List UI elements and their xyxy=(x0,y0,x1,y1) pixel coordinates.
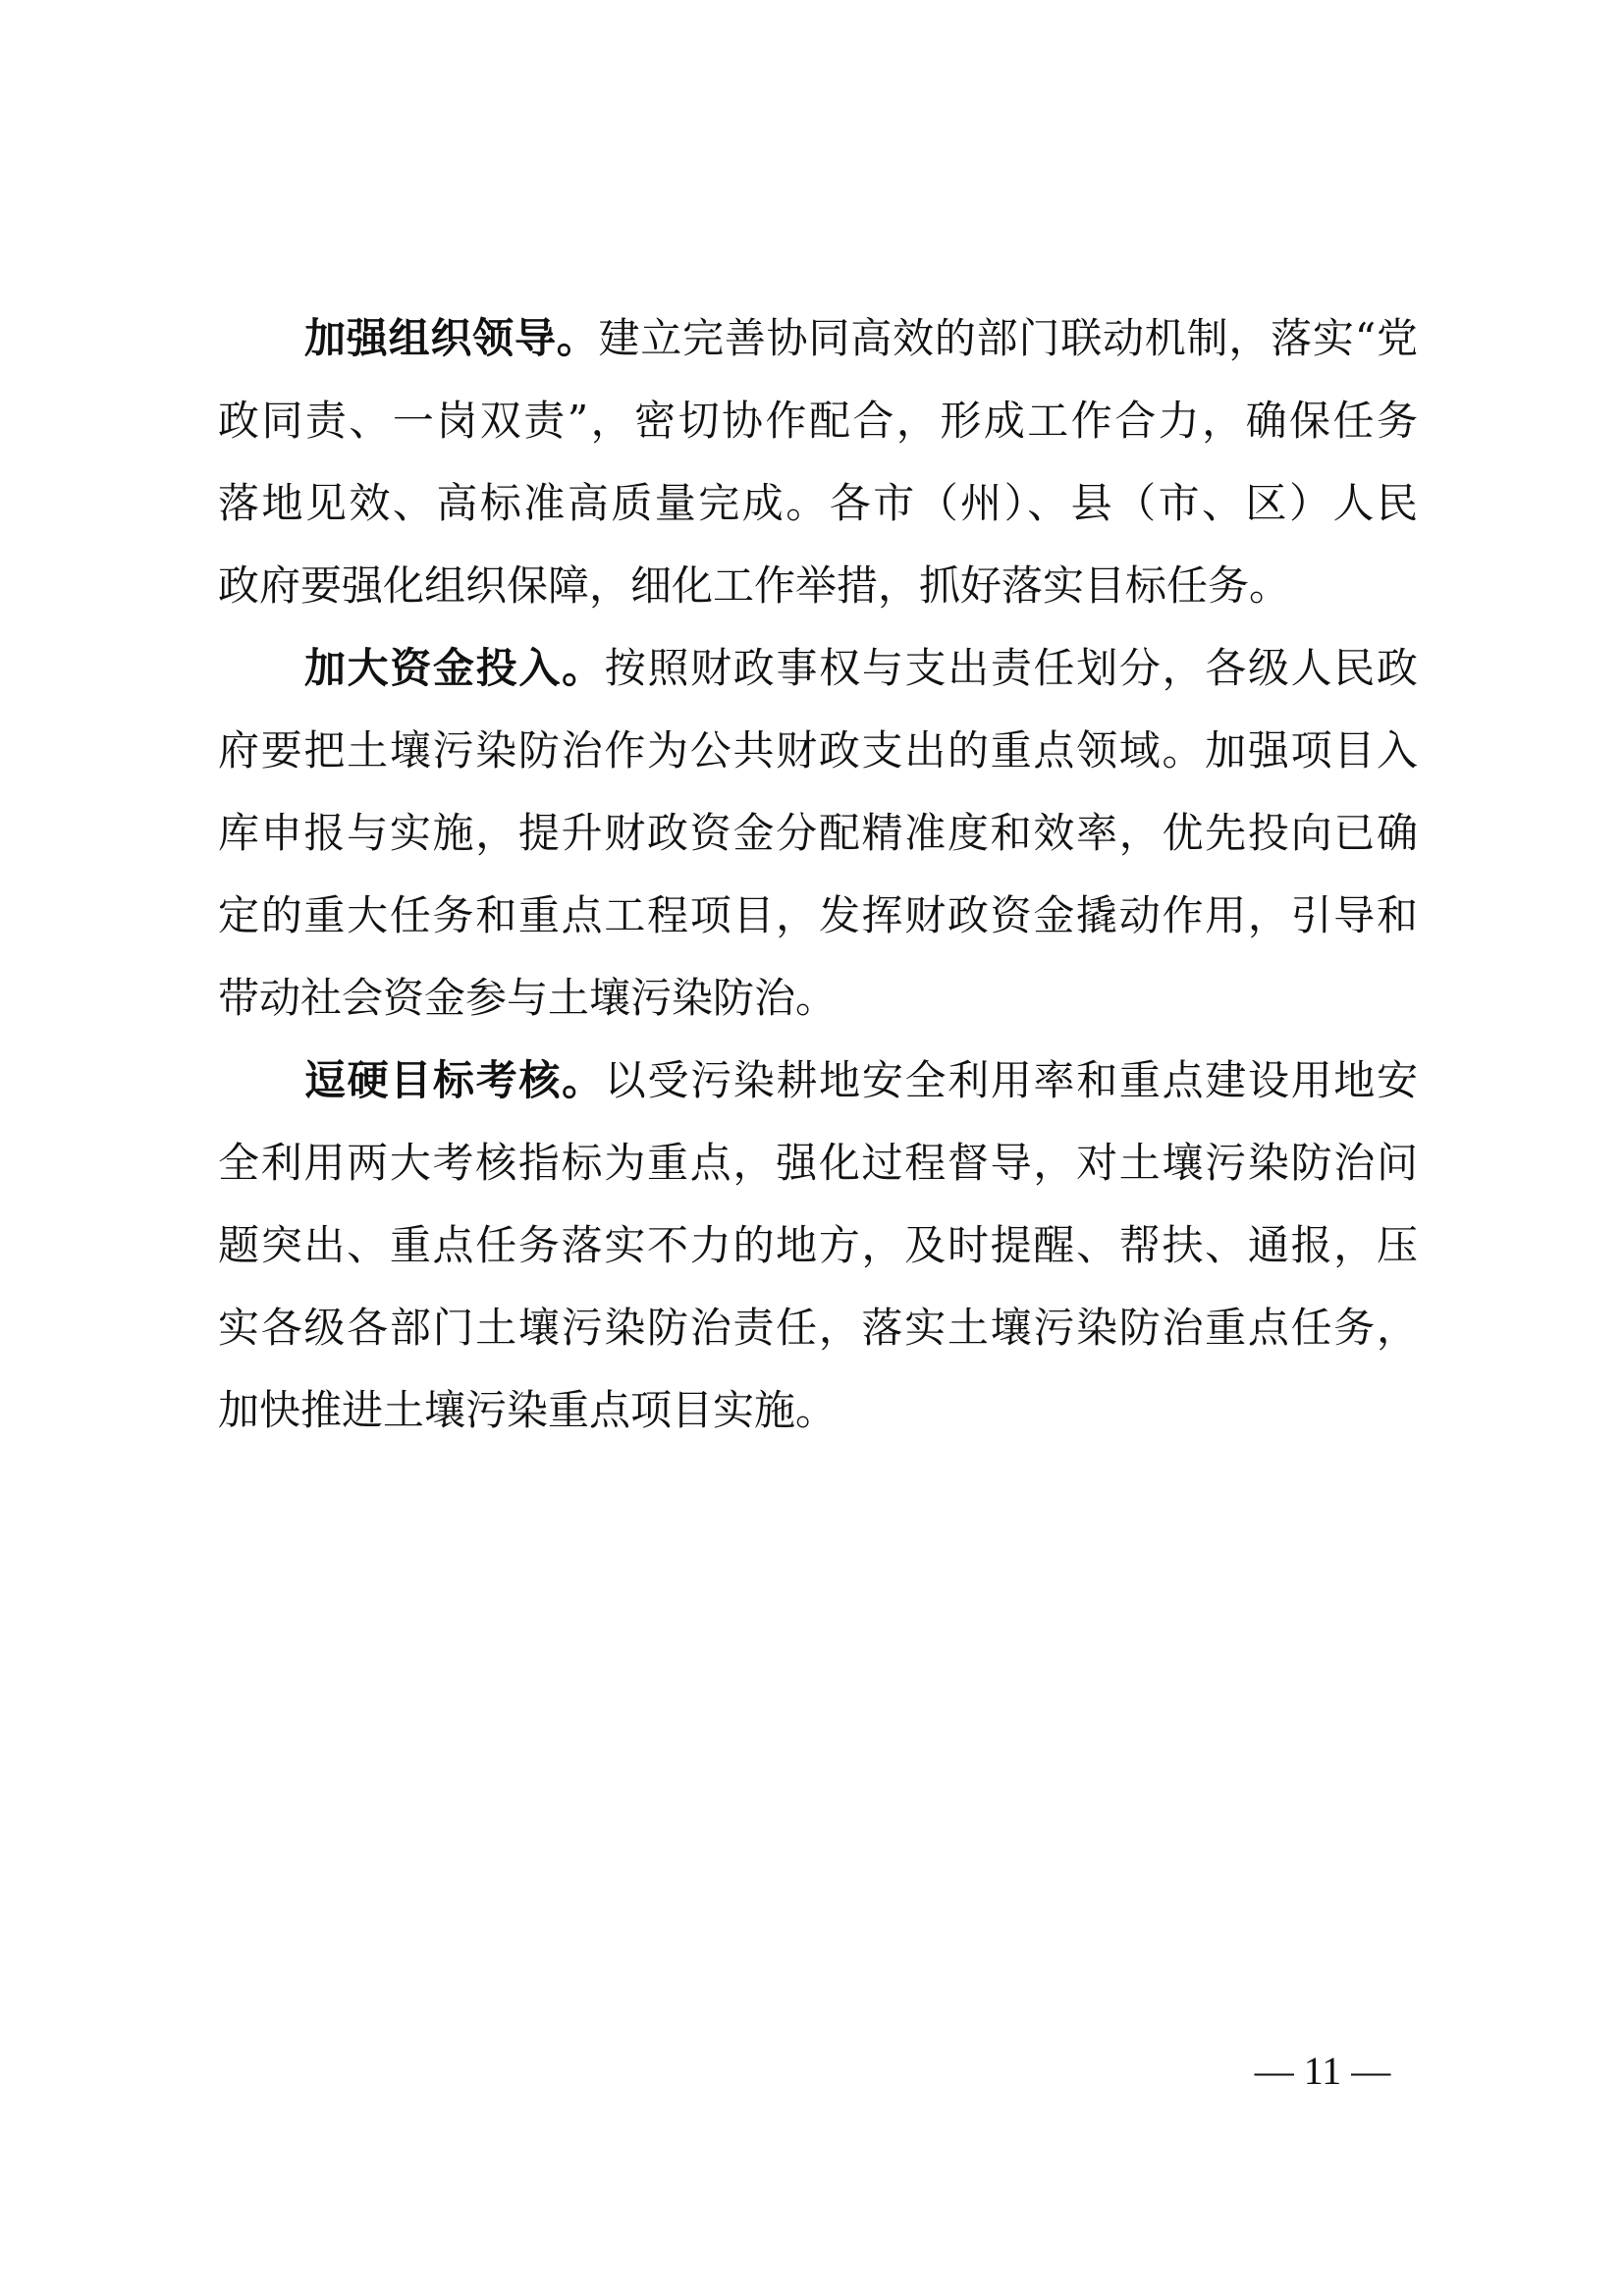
text-line: 政同责、一岗双责”，密切协作配合，形成工作合力，确保任务 xyxy=(218,380,1418,462)
text-run: 以受污染耕地安全利用率和重点建设用地安 xyxy=(605,1056,1418,1104)
paragraph-heading: 加大资金投入。 xyxy=(304,644,605,692)
text-line: 全利用两大考核指标为重点，强化过程督导，对土壤污染防治问 xyxy=(218,1122,1418,1204)
text-line: 加快推进土壤污染重点项目实施。 xyxy=(218,1369,1418,1452)
paragraph-heading: 加强组织领导。 xyxy=(304,314,599,362)
paragraph-heading: 逗硬目标考核。 xyxy=(304,1056,605,1104)
document-page: 加强组织领导。建立完善协同高效的部门联动机制，落实“党 政同责、一岗双责”，密切… xyxy=(0,0,1624,2296)
paragraph-funding-input: 加大资金投入。按照财政事权与支出责任划分，各级人民政 府要把土壤污染防治作为公共… xyxy=(218,627,1418,1040)
text-line: 定的重大任务和重点工程项目，发挥财政资金撬动作用，引导和 xyxy=(218,875,1418,957)
text-line: 库申报与实施，提升财政资金分配精准度和效率，优先投向已确 xyxy=(218,792,1418,875)
text-line: 府要把土壤污染防治作为公共财政支出的重点领域。加强项目入 xyxy=(218,710,1418,792)
text-run: 建立完善协同高效的部门联动机制，落实“党 xyxy=(599,314,1418,362)
paragraph-target-assessment: 逗硬目标考核。以受污染耕地安全利用率和重点建设用地安 全利用两大考核指标为重点，… xyxy=(218,1040,1418,1452)
text-line: 实各级各部门土壤污染防治责任，落实土壤污染防治重点任务， xyxy=(218,1287,1418,1369)
text-line: 政府要强化组织保障，细化工作举措，抓好落实目标任务。 xyxy=(218,545,1418,627)
text-run: 按照财政事权与支出责任划分，各级人民政 xyxy=(605,644,1418,692)
text-line: 带动社会资金参与土壤污染防治。 xyxy=(218,957,1418,1040)
text-line: 逗硬目标考核。以受污染耕地安全利用率和重点建设用地安 xyxy=(218,1040,1418,1122)
paragraph-organization-leadership: 加强组织领导。建立完善协同高效的部门联动机制，落实“党 政同责、一岗双责”，密切… xyxy=(218,297,1418,627)
document-body: 加强组织领导。建立完善协同高效的部门联动机制，落实“党 政同责、一岗双责”，密切… xyxy=(218,297,1418,1452)
text-line: 落地见效、高标准高质量完成。各市（州）、县（市、区）人民 xyxy=(218,462,1418,545)
text-line: 加强组织领导。建立完善协同高效的部门联动机制，落实“党 xyxy=(218,297,1418,380)
text-line: 题突出、重点任务落实不力的地方，及时提醒、帮扶、通报，压 xyxy=(218,1204,1418,1287)
text-line: 加大资金投入。按照财政事权与支出责任划分，各级人民政 xyxy=(218,627,1418,710)
page-number: — 11 — xyxy=(1239,2044,1406,2099)
